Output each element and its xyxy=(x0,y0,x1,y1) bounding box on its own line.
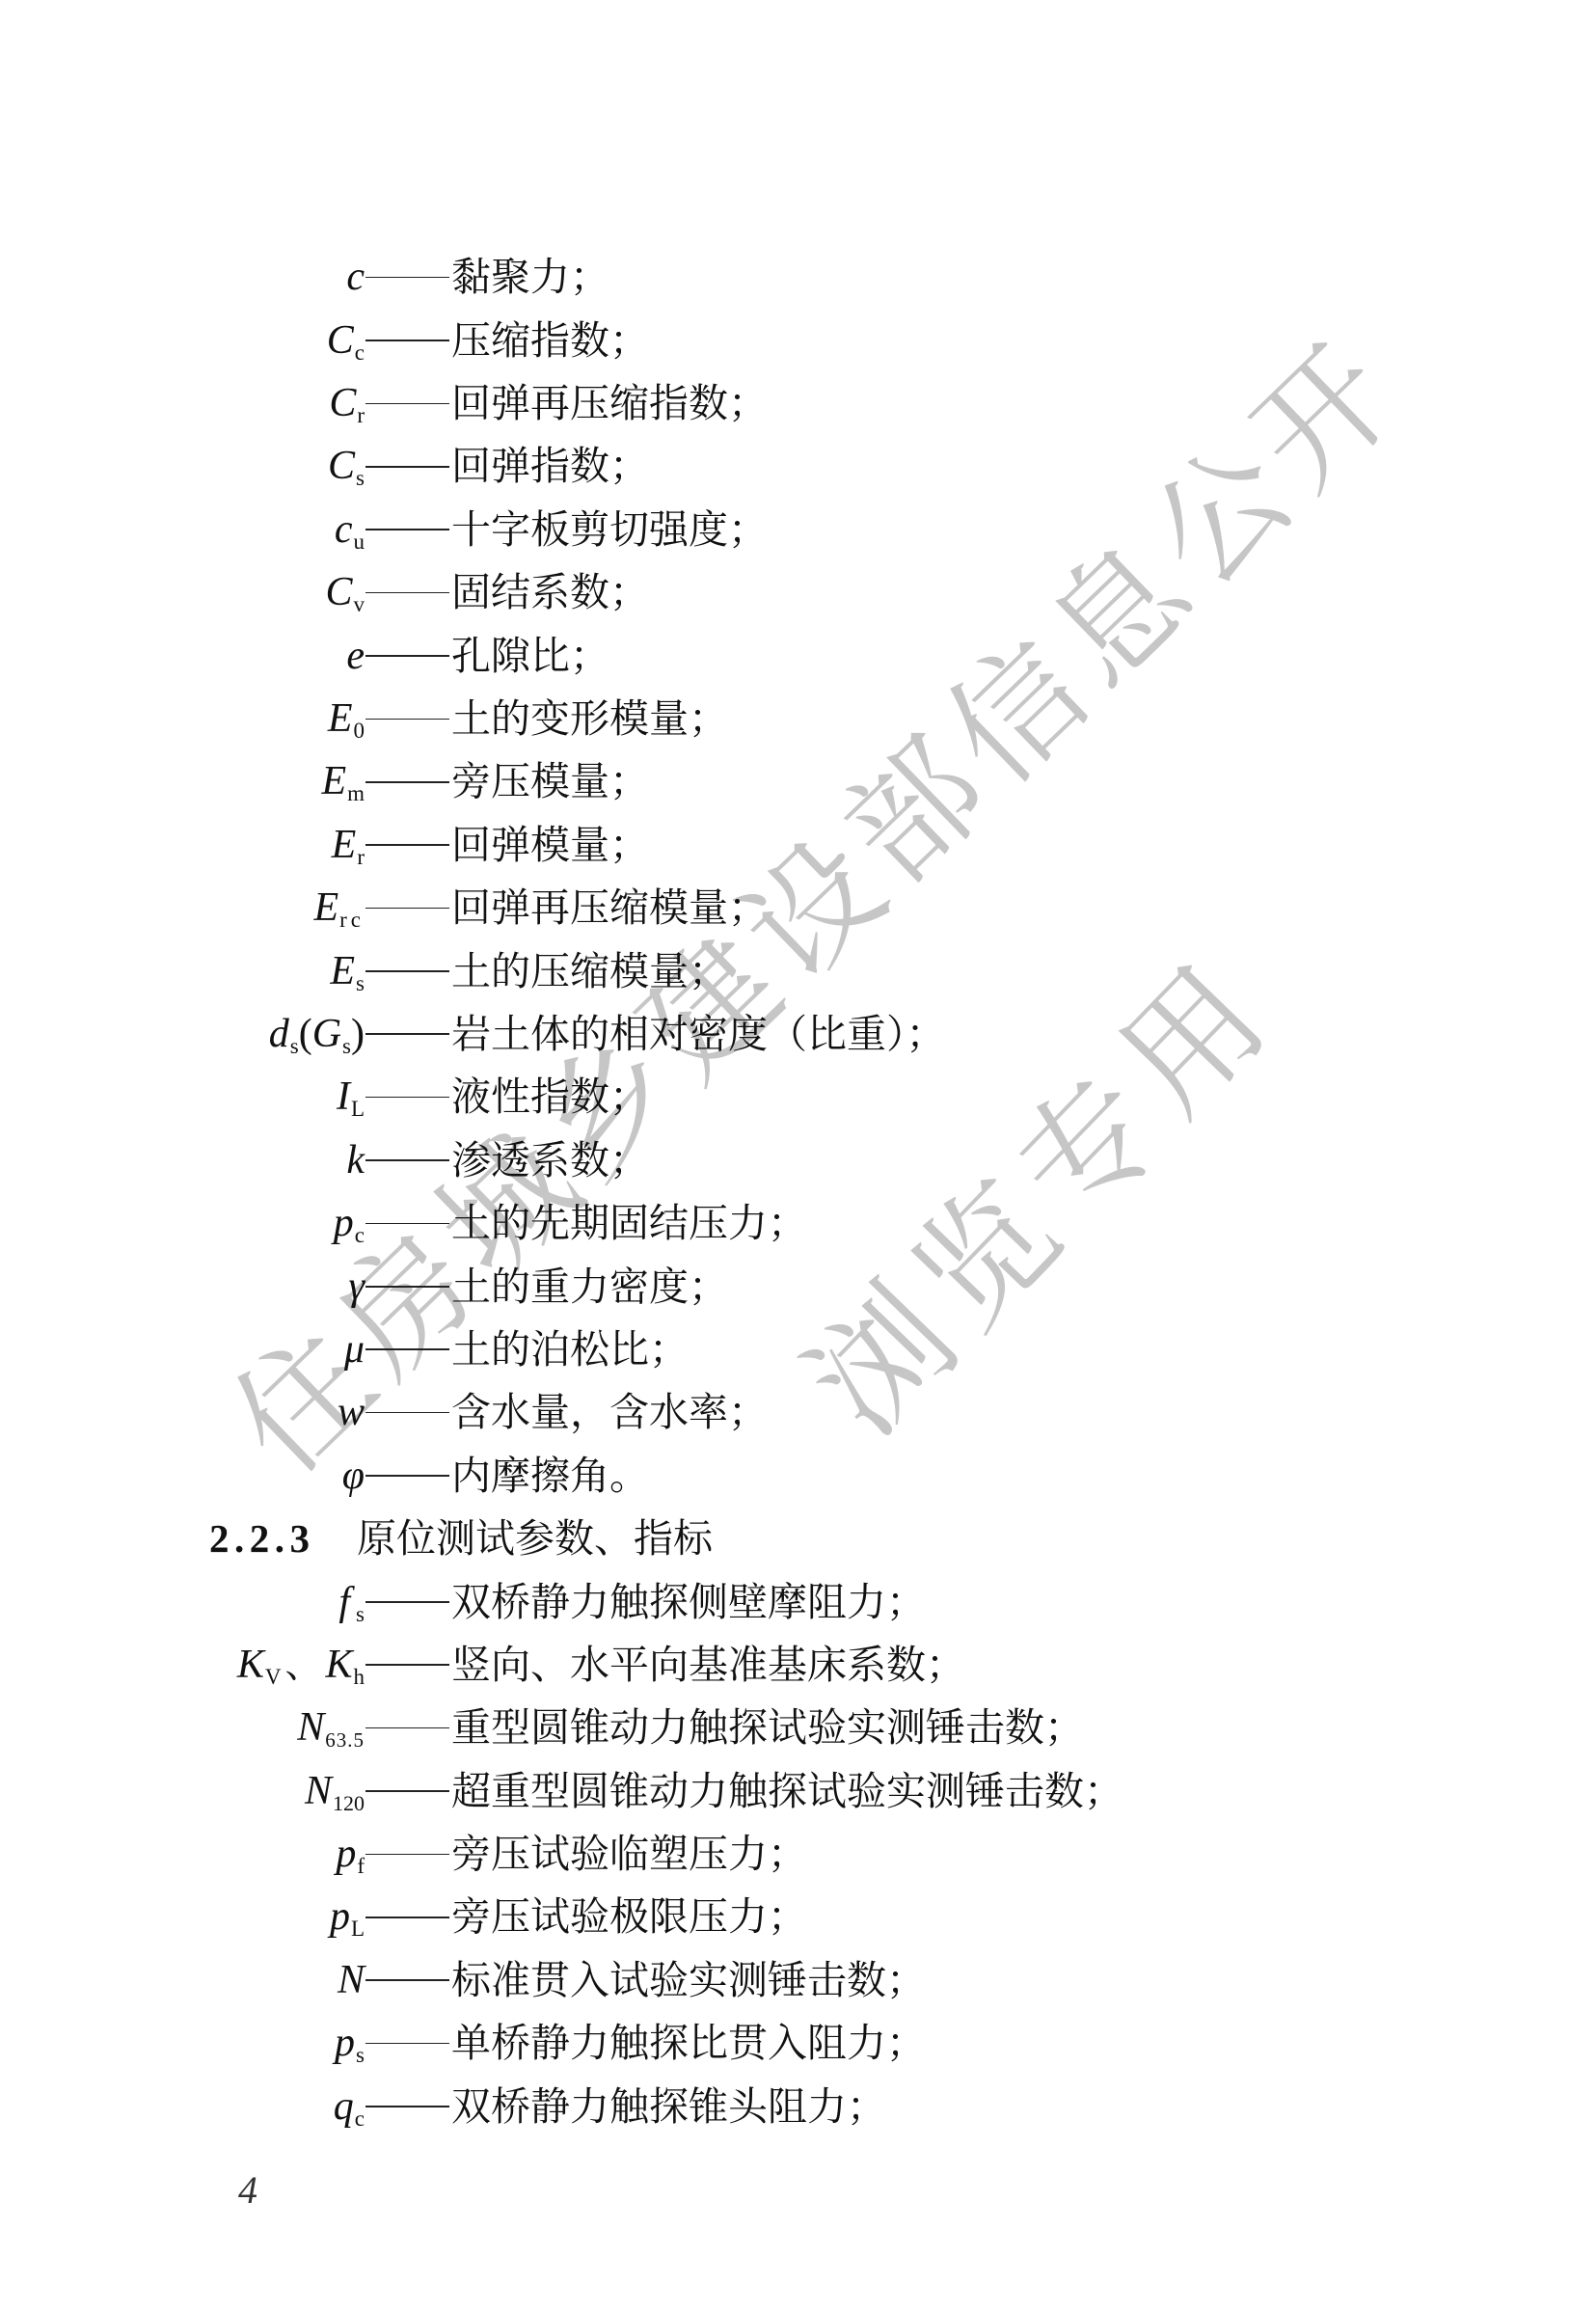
em-dash: —— xyxy=(365,340,449,341)
symbol-subscript: L xyxy=(351,1917,365,1941)
symbol: N120 xyxy=(0,1760,365,1823)
symbol-subscript: s xyxy=(356,971,365,995)
em-dash: —— xyxy=(365,908,449,910)
symbol: μ xyxy=(0,1319,365,1381)
symbol: ps xyxy=(0,2012,365,2075)
symbol-main: N xyxy=(305,1769,332,1813)
symbol-main: I xyxy=(337,1074,350,1119)
em-dash: —— xyxy=(365,1727,449,1729)
symbol-main: f xyxy=(338,1580,350,1624)
definition-row-qc: qc —— 双桥静力触探锥头阻力； xyxy=(0,2076,1596,2138)
symbol-subscript: rc xyxy=(339,908,365,932)
symbol-main: e xyxy=(346,634,365,678)
definition-text: 回弹指数； xyxy=(451,435,649,498)
symbol-main: w xyxy=(338,1390,365,1434)
definition-row-cs: Cs —— 回弹指数； xyxy=(0,435,1596,498)
definition-text: 旁压试验临塑压力； xyxy=(451,1823,807,1886)
em-dash: —— xyxy=(365,277,449,279)
symbol-main: c xyxy=(335,507,353,552)
symbol: e xyxy=(0,625,365,688)
symbol-subscript: V xyxy=(265,1665,282,1689)
symbol: Cr xyxy=(0,372,365,435)
em-dash: —— xyxy=(365,1917,449,1918)
em-dash: —— xyxy=(365,781,449,783)
em-dash: —— xyxy=(365,1159,449,1161)
em-dash: —— xyxy=(365,466,449,468)
definition-row-es: Es —— 土的压缩模量； xyxy=(0,940,1596,1003)
section-number: 2.2.3 xyxy=(209,1508,315,1570)
symbol-main: K xyxy=(237,1643,264,1687)
symbol: Es xyxy=(0,940,365,1003)
symbol: Er xyxy=(0,814,365,877)
symbol-main: p xyxy=(330,1894,350,1939)
symbol-main: p xyxy=(335,2021,355,2065)
symbol-subscript: s xyxy=(356,1602,365,1626)
symbol-subscript: u xyxy=(354,530,365,554)
em-dash: —— xyxy=(365,1854,449,1856)
symbol-main: C xyxy=(329,381,356,425)
symbol: c xyxy=(0,246,365,309)
definition-text: 单桥静力触探比贯入阻力； xyxy=(451,2012,926,2075)
definition-text: 渗透系数； xyxy=(451,1129,649,1192)
definition-row-il: IL —— 液性指数； xyxy=(0,1066,1596,1128)
symbol-main: N xyxy=(297,1705,324,1750)
symbol-main: E xyxy=(332,823,357,867)
definition-row-er: Er —— 回弹模量； xyxy=(0,814,1596,877)
symbol: ds(Gs) xyxy=(0,1003,365,1066)
definition-row-pl: pL —— 旁压试验极限压力； xyxy=(0,1886,1596,1948)
symbol: k xyxy=(0,1129,365,1192)
definition-text: 回弹再压缩指数； xyxy=(451,372,768,435)
definition-row-ps: ps —— 单桥静力触探比贯入阻力； xyxy=(0,2012,1596,2075)
symbol-definition-list: c —— 黏聚力； Cc —— 压缩指数； Cr —— 回弹再压缩指数； Cs … xyxy=(0,246,1596,2138)
symbol: Cv xyxy=(0,561,365,624)
symbol-main: C xyxy=(327,318,354,363)
symbol-main: p xyxy=(334,1201,354,1245)
em-dash: —— xyxy=(365,2043,449,2045)
em-dash: —— xyxy=(365,655,449,657)
document-page: 住房城乡建设部信息公开 浏览专用 c —— 黏聚力； Cc —— 压缩指数； C… xyxy=(0,0,1596,2311)
symbol-subscript: f xyxy=(357,1854,365,1878)
definition-text: 内摩擦角。 xyxy=(451,1445,649,1508)
section-title: 原位测试参数、指标 xyxy=(357,1508,713,1570)
symbol: qc xyxy=(0,2076,365,2138)
definition-text: 标准贯入试验实测锤击数； xyxy=(451,1949,926,2012)
em-dash: —— xyxy=(365,844,449,846)
definition-row-erc: Erc —— 回弹再压缩模量； xyxy=(0,877,1596,939)
em-dash: —— xyxy=(365,970,449,972)
symbol-subscript-2: h xyxy=(354,1665,365,1689)
em-dash: —— xyxy=(365,1412,449,1414)
symbol: IL xyxy=(0,1066,365,1128)
definition-text: 十字板剪切强度； xyxy=(451,499,768,561)
open-paren: ( xyxy=(299,1012,312,1056)
symbol-subscript: s xyxy=(290,1034,299,1058)
definition-text: 液性指数； xyxy=(451,1066,649,1128)
symbol-subscript: 120 xyxy=(333,1791,365,1815)
symbol: KV、Kh xyxy=(0,1634,365,1697)
symbol-main: p xyxy=(336,1832,356,1876)
close-paren: ) xyxy=(351,1012,365,1056)
symbol-subscript: s xyxy=(356,2043,365,2067)
symbol: Cs xyxy=(0,435,365,498)
definition-row-cv: Cv —— 固结系数； xyxy=(0,561,1596,624)
symbol-main: φ xyxy=(342,1454,365,1498)
definition-row-n: N —— 标准贯入试验实测锤击数； xyxy=(0,1949,1596,2012)
page-number: 4 xyxy=(238,2170,257,2211)
em-dash: —— xyxy=(365,719,449,720)
definition-row-fs: fs —— 双桥静力触探侧壁摩阻力； xyxy=(0,1571,1596,1634)
symbol-main-2: K xyxy=(325,1643,352,1687)
symbol: pc xyxy=(0,1192,365,1255)
em-dash: —— xyxy=(365,1601,449,1603)
section-heading: 2.2.3 原位测试参数、指标 xyxy=(0,1508,1596,1570)
symbol-main: E xyxy=(328,696,353,741)
definition-row-phi: φ —— 内摩擦角。 xyxy=(0,1445,1596,1508)
symbol-subscript: L xyxy=(351,1097,365,1121)
symbol-main: E xyxy=(321,759,346,803)
definition-text: 旁压试验极限压力； xyxy=(451,1886,807,1948)
definition-row-n120: N120 —— 超重型圆锥动力触探试验实测锤击数； xyxy=(0,1760,1596,1823)
em-dash: —— xyxy=(365,1979,449,1981)
symbol-subscript: r xyxy=(357,845,365,869)
definition-text: 土的重力密度； xyxy=(451,1256,728,1319)
em-dash: —— xyxy=(365,1475,449,1477)
symbol-main: μ xyxy=(344,1327,365,1372)
definition-text: 土的先期固结压力； xyxy=(451,1192,807,1255)
em-dash: —— xyxy=(365,1286,449,1288)
symbol: Em xyxy=(0,750,365,813)
symbol-main-2: G xyxy=(312,1012,341,1056)
definition-row-e0: E0 —— 土的变形模量； xyxy=(0,688,1596,750)
definition-text: 双桥静力触探锥头阻力； xyxy=(451,2076,886,2138)
symbol: pL xyxy=(0,1886,365,1948)
em-dash: —— xyxy=(365,1348,449,1350)
symbol-main: d xyxy=(269,1012,289,1056)
em-dash: —— xyxy=(365,1223,449,1225)
symbol-main: E xyxy=(330,949,355,993)
definition-text: 回弹再压缩模量； xyxy=(451,877,768,939)
definition-text: 重型圆锥动力触探试验实测锤击数； xyxy=(451,1697,1084,1759)
definition-row-k: k —— 渗透系数； xyxy=(0,1129,1596,1192)
symbol: fs xyxy=(0,1571,365,1634)
symbol-subscript-2: s xyxy=(342,1034,351,1058)
symbol: E0 xyxy=(0,688,365,750)
definition-row-e: e —— 孔隙比； xyxy=(0,625,1596,688)
definition-row-ds-gs: ds(Gs) —— 岩土体的相对密度（比重）； xyxy=(0,1003,1596,1066)
symbol: N63.5 xyxy=(0,1697,365,1759)
em-dash: —— xyxy=(365,1033,449,1035)
definition-row-pf: pf —— 旁压试验临塑压力； xyxy=(0,1823,1596,1886)
symbol: w xyxy=(0,1381,365,1444)
definition-text: 回弹模量； xyxy=(451,814,649,877)
symbol: Cc xyxy=(0,310,365,372)
definition-row-pc: pc —— 土的先期固结压力； xyxy=(0,1192,1596,1255)
symbol-main: k xyxy=(346,1138,365,1183)
definition-text: 孔隙比； xyxy=(451,625,609,688)
em-dash: —— xyxy=(365,1664,449,1666)
definition-text: 压缩指数； xyxy=(451,310,649,372)
definition-text: 岩土体的相对密度（比重）； xyxy=(451,1003,946,1066)
symbol-subscript: 63.5 xyxy=(325,1728,365,1752)
em-dash: —— xyxy=(365,1790,449,1792)
definition-text: 双桥静力触探侧壁摩阻力； xyxy=(451,1571,926,1634)
symbol-main: N xyxy=(338,1958,365,2002)
em-dash: —— xyxy=(365,403,449,405)
definition-row-gamma: γ —— 土的重力密度； xyxy=(0,1256,1596,1319)
symbol-main: γ xyxy=(348,1264,365,1309)
definition-text: 土的压缩模量； xyxy=(451,940,728,1003)
symbol-main: c xyxy=(346,255,365,299)
em-dash: —— xyxy=(365,2106,449,2107)
definition-row-cr: Cr —— 回弹再压缩指数； xyxy=(0,372,1596,435)
definition-row-w: w —— 含水量，含水率； xyxy=(0,1381,1596,1444)
symbol-main: q xyxy=(334,2084,354,2129)
symbol-main: C xyxy=(325,570,352,614)
symbol: N xyxy=(0,1949,365,2012)
symbol: pf xyxy=(0,1823,365,1886)
definition-text: 黏聚力； xyxy=(451,246,609,309)
definition-text: 土的变形模量； xyxy=(451,688,728,750)
symbol-subscript: 0 xyxy=(354,719,365,743)
symbol: φ xyxy=(0,1445,365,1508)
symbol-subscript: r xyxy=(357,403,365,427)
symbol: γ xyxy=(0,1256,365,1319)
definition-text: 超重型圆锥动力触探试验实测锤击数； xyxy=(451,1760,1123,1823)
symbol-subscript: c xyxy=(355,340,365,365)
symbol-subscript: c xyxy=(355,2107,365,2131)
symbol-main: C xyxy=(328,444,355,488)
definition-text: 固结系数； xyxy=(451,561,649,624)
definition-row-em: Em —— 旁压模量； xyxy=(0,750,1596,813)
definition-row-n63-5: N63.5 —— 重型圆锥动力触探试验实测锤击数； xyxy=(0,1697,1596,1759)
definition-row-cc: Cc —— 压缩指数； xyxy=(0,310,1596,372)
symbol-subscript: v xyxy=(354,592,365,616)
symbol-subscript: s xyxy=(356,466,365,490)
symbol-subscript: c xyxy=(355,1223,365,1247)
em-dash: —— xyxy=(365,1097,449,1099)
em-dash: —— xyxy=(365,592,449,594)
definition-row-c: c —— 黏聚力； xyxy=(0,246,1596,309)
definition-row-mu: μ —— 土的泊松比； xyxy=(0,1319,1596,1381)
definition-row-cu: cu —— 十字板剪切强度； xyxy=(0,499,1596,561)
enumeration-comma: 、 xyxy=(284,1644,321,1686)
symbol-subscript: m xyxy=(347,781,365,805)
definition-text: 含水量，含水率； xyxy=(451,1381,768,1444)
symbol: Erc xyxy=(0,877,365,939)
definition-text: 土的泊松比； xyxy=(451,1319,689,1381)
definition-text: 旁压模量； xyxy=(451,750,649,813)
definition-row-kv-kh: KV、Kh —— 竖向、水平向基准基床系数； xyxy=(0,1634,1596,1697)
symbol-main: E xyxy=(313,885,338,930)
symbol: cu xyxy=(0,499,365,561)
em-dash: —— xyxy=(365,529,449,530)
definition-text: 竖向、水平向基准基床系数； xyxy=(451,1634,965,1697)
